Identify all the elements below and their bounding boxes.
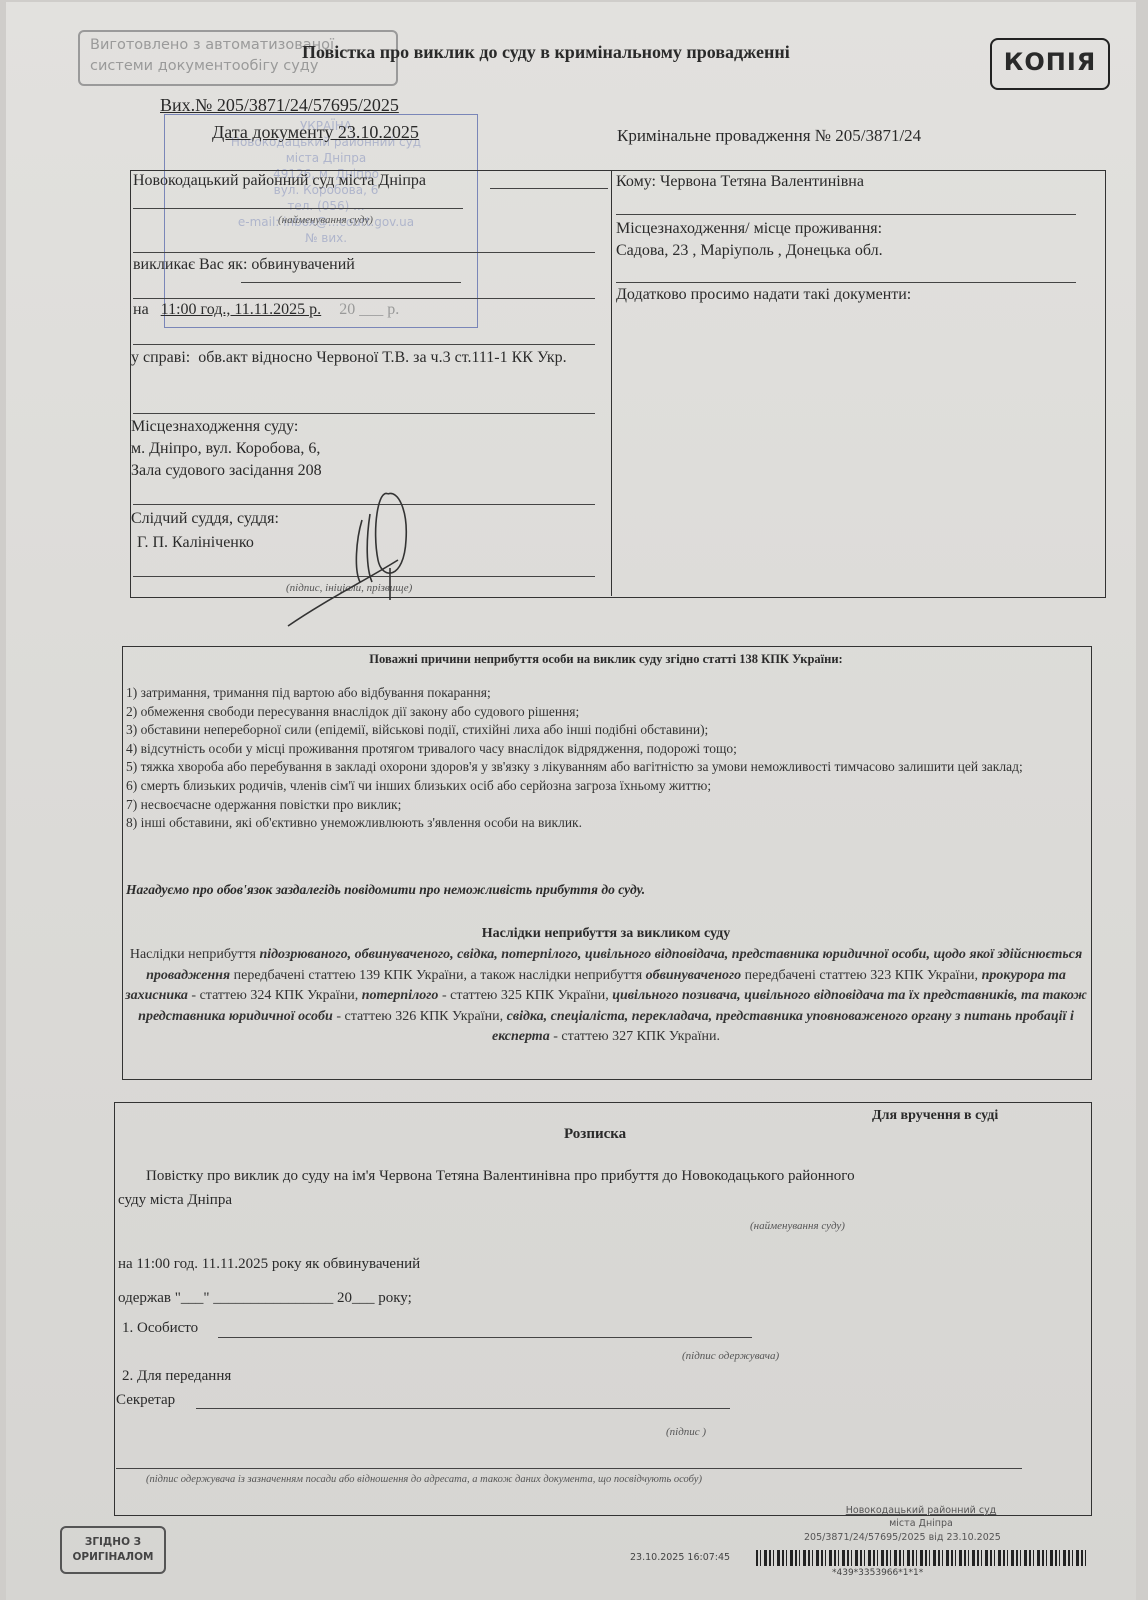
bottom-caption: (підпис одержувача із зазначенням посади… [146,1474,702,1485]
document-reference: 205/3871/24/57695/2025 від 23.10.2025 [804,1532,1001,1543]
column-divider [611,170,612,596]
summons-role: обвинувачений [251,256,354,273]
barcode [756,1550,1086,1566]
reminder: Нагадуємо про обов'язок заздалегідь пові… [126,882,645,898]
secretary-label: Секретар [116,1392,175,1409]
receipt-text-line2: суду міста Дніпра [118,1192,232,1209]
print-timestamp: 23.10.2025 16:07:45 [630,1552,730,1563]
summons-as: викликає Вас як: обвинувачений [133,256,355,274]
reasons-list: 1) затримання, тримання під вартою або в… [126,684,1026,833]
judge-signature [286,490,426,640]
receipt-time-line: на 11:00 год. 11.11.2025 року як обвинув… [118,1256,420,1273]
document-title: Повістка про виклик до суду в кримінальн… [302,42,790,63]
true-copy-stamp: ЗГІДНО З ОРИГІНАЛОМ [60,1526,166,1574]
barcode-text: *439*3353966*1*1* [832,1568,923,1578]
consequences-text: Наслідки неприбуття підозрюваного, обвин… [124,945,1088,1048]
recipient: Кому: Червона Тетяна Валентинівна [616,173,864,191]
rule [116,1468,1022,1469]
personally-signature-line[interactable] [218,1337,752,1338]
outgoing-number: Вих.№ 205/3871/24/57695/2025 [160,95,399,116]
hearing-time-value: 11:00 год., 11.11.2025 р. [161,301,322,318]
judge-name: Г. П. Калініченко [131,531,279,555]
receipt-title: Розписка [564,1126,626,1143]
for-court-label: Для вручення в суді [872,1108,998,1124]
recipient-signature-caption: (підпис одержувача) [682,1350,779,1362]
electronic-stamp: Новокодацький районний суд міста Дніпра [826,1504,1016,1530]
received-date-line: одержав "___" ________________ 20___ рок… [118,1290,412,1307]
reason-item: 5) тяжка хвороба або перебування в закла… [126,758,1026,777]
rule [133,208,463,209]
rule [133,413,595,414]
reason-item: 4) відсутність особи у місці проживання … [126,740,1026,759]
receipt-court-caption: (найменування суду) [750,1220,845,1232]
receipt-text-line1: Повістку про виклик до суду на ім'я Черв… [146,1168,855,1185]
court-name-caption: (найменування суду) [278,214,373,226]
rule [133,344,595,345]
judge-block: Слідчий суддя, суддя: Г. П. Калініченко [131,507,279,555]
reason-item: 6) смерть близьких родичів, членів сім'ї… [126,777,1026,796]
hearing-datetime: на 11:00 год., 11.11.2025 р. 20 ___ р. [133,301,399,319]
personally-label: 1. Особисто [122,1320,198,1337]
document-date: Дата документу 23.10.2025 [212,122,419,143]
rule [133,252,595,253]
court-location: Місцезнаходження суду: м. Дніпро, вул. К… [131,416,322,482]
rule [616,214,1076,215]
for-transfer-label: 2. Для передання [122,1368,231,1385]
rule [616,282,1076,283]
reason-item: 1) затримання, тримання під вартою або в… [126,684,1026,703]
case-description: у справі: обв.акт відносно Червоної Т.В.… [131,347,609,368]
recipient-name: Червона Тетяна Валентинівна [660,173,864,190]
rule [241,282,461,283]
rule [133,298,595,299]
reason-item: 7) несвоєчасне одержання повістки про ви… [126,796,1026,815]
rule [490,188,608,189]
criminal-case-number: Кримінальне провадження № 205/3871/24 [617,126,921,146]
receipt-box [114,1102,1092,1516]
secretary-signature-line[interactable] [196,1408,730,1409]
copy-badge: КОПІЯ [990,38,1110,90]
reason-item: 8) інші обставини, які об'єктивно унемож… [126,814,1026,833]
reason-item: 3) обставини непереборної сили (епідемії… [126,721,1026,740]
reason-item: 2) обмеження свободи пересування внаслід… [126,703,1026,722]
documents-request: Додатково просимо надати такі документи: [616,286,911,304]
consequences-title: Наслідки неприбуття за викликом суду [122,926,1090,942]
court-summons-page: Виготовлено з автоматизованої системи до… [6,2,1136,1600]
secretary-signature-caption: (підпис ) [666,1426,706,1438]
court-name: Новокодацький районний суд міста Дніпра [133,172,426,190]
reasons-title: Поважні причини неприбуття особи на викл… [122,652,1090,667]
recipient-address: Місцезнаходження/ місце проживання: Садо… [616,218,883,262]
